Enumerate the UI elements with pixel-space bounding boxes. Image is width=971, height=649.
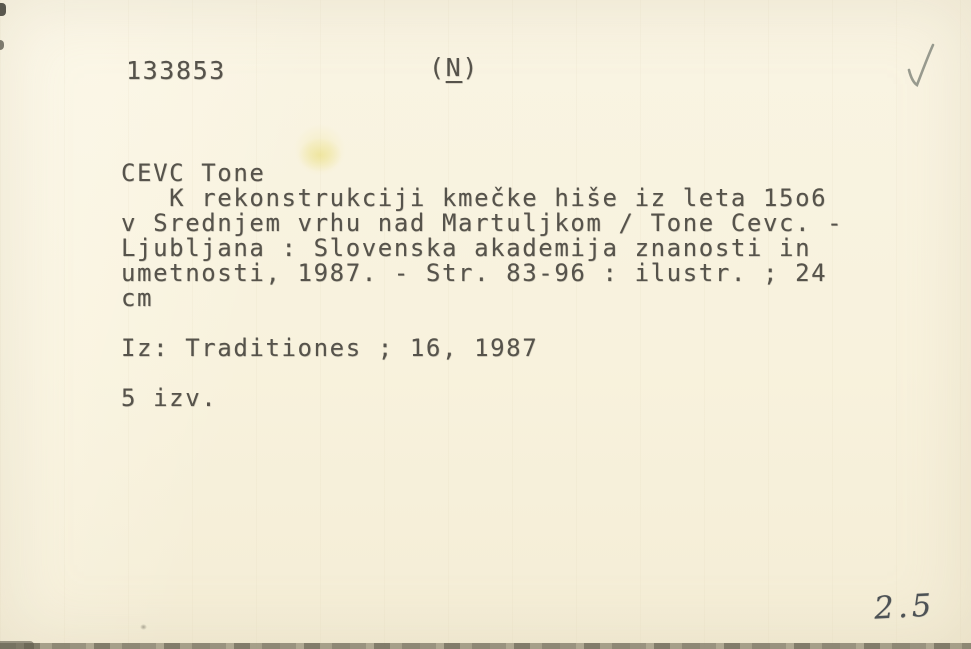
card-id-number: 133853 [126,56,226,85]
scan-edge-artifact [0,40,4,50]
body-line: v Srednjem vrhu nad Martuljkom / Tone Ce… [121,211,843,236]
scan-corner-artifact [0,641,34,649]
body-line: Ljubljana : Slovenska akademija znanosti… [121,236,843,261]
paper-stain [298,138,342,172]
format-marker-close: ) [462,53,479,82]
body-line [121,361,843,386]
format-marker: (N) [429,53,479,82]
handwritten-shelf-number: 2.5 [873,587,936,626]
card-body-text: CEVC Tone K rekonstrukciji kmečke hiše i… [121,161,843,411]
format-marker-letter: N [446,53,463,82]
pencil-smudge [140,624,147,630]
body-line: CEVC Tone [121,161,843,186]
body-line: Iz: Traditiones ; 16, 1987 [121,336,843,361]
scan-bottom-edge [0,643,971,649]
body-line: umetnosti, 1987. - Str. 83-96 : ilustr. … [121,261,843,286]
catalog-card: 133853 (N) CEVC Tone K rekonstrukciji km… [0,0,971,649]
scan-edge-artifact [0,3,6,16]
pencil-checkmark-icon [899,40,941,92]
body-line [121,311,843,336]
body-line: K rekonstrukciji kmečke hiše iz leta 15o… [121,186,843,211]
body-line: cm [121,286,843,311]
body-line: 5 izv. [121,386,843,411]
format-marker-open: ( [429,53,446,82]
